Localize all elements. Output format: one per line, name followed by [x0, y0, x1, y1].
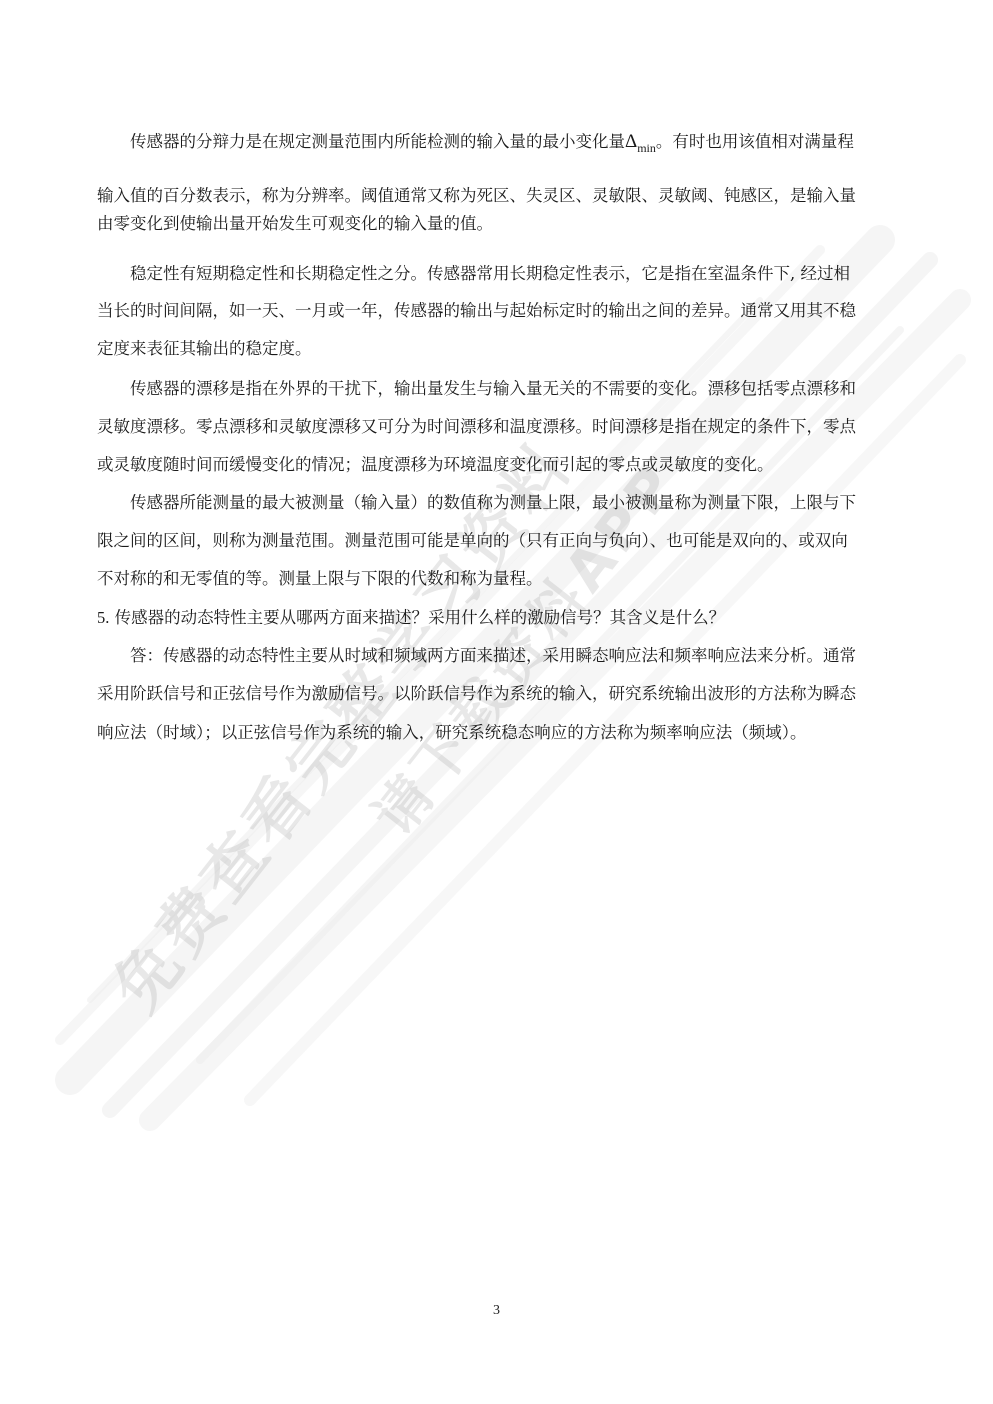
question-text: 传感器的动态特性主要从哪两方面来描述？采用什么样的激励信号？其含义是什么？	[115, 608, 726, 627]
paragraph-drift: 传感器的漂移是指在外界的干扰下，输出量发生与输入量无关的不需要的变化。漂移包括零…	[97, 369, 899, 484]
resolution-line-3: 由零变化到使输出量开始发生可观变化的输入量的值。	[97, 210, 899, 255]
delta-subscript: min	[637, 141, 656, 155]
drift-line-1: 传感器的漂移是指在外界的干扰下，输出量发生与输入量无关的不需要的变化。漂移包括零…	[97, 369, 899, 408]
document-body: 传感器的分辩力是在规定测量范围内所能检测的输入量的最小变化量Δmin。有时也用该…	[97, 128, 899, 753]
stability-line-2: 当长的时间间隔，如一天、一月或一年，传感器的输出与起始标定时的输出之间的差异。通…	[97, 292, 899, 329]
document-page: 免费查看完整学习资料 请下载资料APP 传感器的分辩力是在规定测量范围内所能检测…	[0, 0, 993, 1404]
answer-5: 答：传感器的动态特性主要从时域和频域两方面来描述，采用瞬态响应法和频率响应法来分…	[97, 637, 899, 753]
range-line-2: 限之间的区间，则称为测量范围。测量范围可能是单向的（只有正向与负向）、也可能是双…	[97, 522, 899, 560]
paragraph-stability: 稳定性有短期稳定性和长期稳定性之分。传感器常用长期稳定性表示，它是指在室温条件下…	[97, 255, 899, 369]
page-number: 3	[0, 1303, 993, 1319]
range-line-3: 不对称的和无零值的等。测量上限与下限的代数和称为量程。	[97, 560, 899, 598]
delta-symbol: Δ	[625, 131, 637, 152]
resolution-line-1: 传感器的分辩力是在规定测量范围内所能检测的输入量的最小变化量	[130, 132, 625, 151]
answer-line-1: 答：传感器的动态特性主要从时域和频域两方面来描述，采用瞬态响应法和频率响应法来分…	[97, 637, 899, 675]
resolution-line-2: 输入值的百分数表示，称为分辨率。阈值通常又称为死区、失灵区、灵敏限、灵敏阈、钝感…	[97, 182, 899, 210]
paragraph-range: 传感器所能测量的最大被测量（输入量）的数值称为测量上限，最小被测量称为测量下限，…	[97, 484, 899, 598]
answer-line-3: 响应法（时域）；以正弦信号作为系统的输入，研究系统稳态响应的方法称为频率响应法（…	[97, 713, 899, 753]
range-line-1: 传感器所能测量的最大被测量（输入量）的数值称为测量上限，最小被测量称为测量下限，…	[97, 484, 899, 522]
drift-line-3: 或灵敏度随时间而缓慢变化的情况；温度漂移为环境温度变化而引起的零点或灵敏度的变化…	[97, 446, 899, 484]
paragraph-resolution: 传感器的分辩力是在规定测量范围内所能检测的输入量的最小变化量Δmin。有时也用该…	[97, 128, 899, 182]
resolution-line-1-tail: 。有时也用该值相对满量程	[656, 132, 854, 151]
stability-line-3: 定度来表征其输出的稳定度。	[97, 329, 899, 369]
answer-line-2: 采用阶跃信号和正弦信号作为激励信号。以阶跃信号作为系统的输入，研究系统输出波形的…	[97, 675, 899, 713]
stability-line-1: 稳定性有短期稳定性和长期稳定性之分。传感器常用长期稳定性表示，它是指在室温条件下…	[97, 255, 899, 292]
question-5: 5. 传感器的动态特性主要从哪两方面来描述？采用什么样的激励信号？其含义是什么？	[97, 598, 899, 637]
question-number: 5.	[97, 608, 109, 627]
drift-line-2: 灵敏度漂移。零点漂移和灵敏度漂移又可分为时间漂移和温度漂移。时间漂移是指在规定的…	[97, 408, 899, 446]
